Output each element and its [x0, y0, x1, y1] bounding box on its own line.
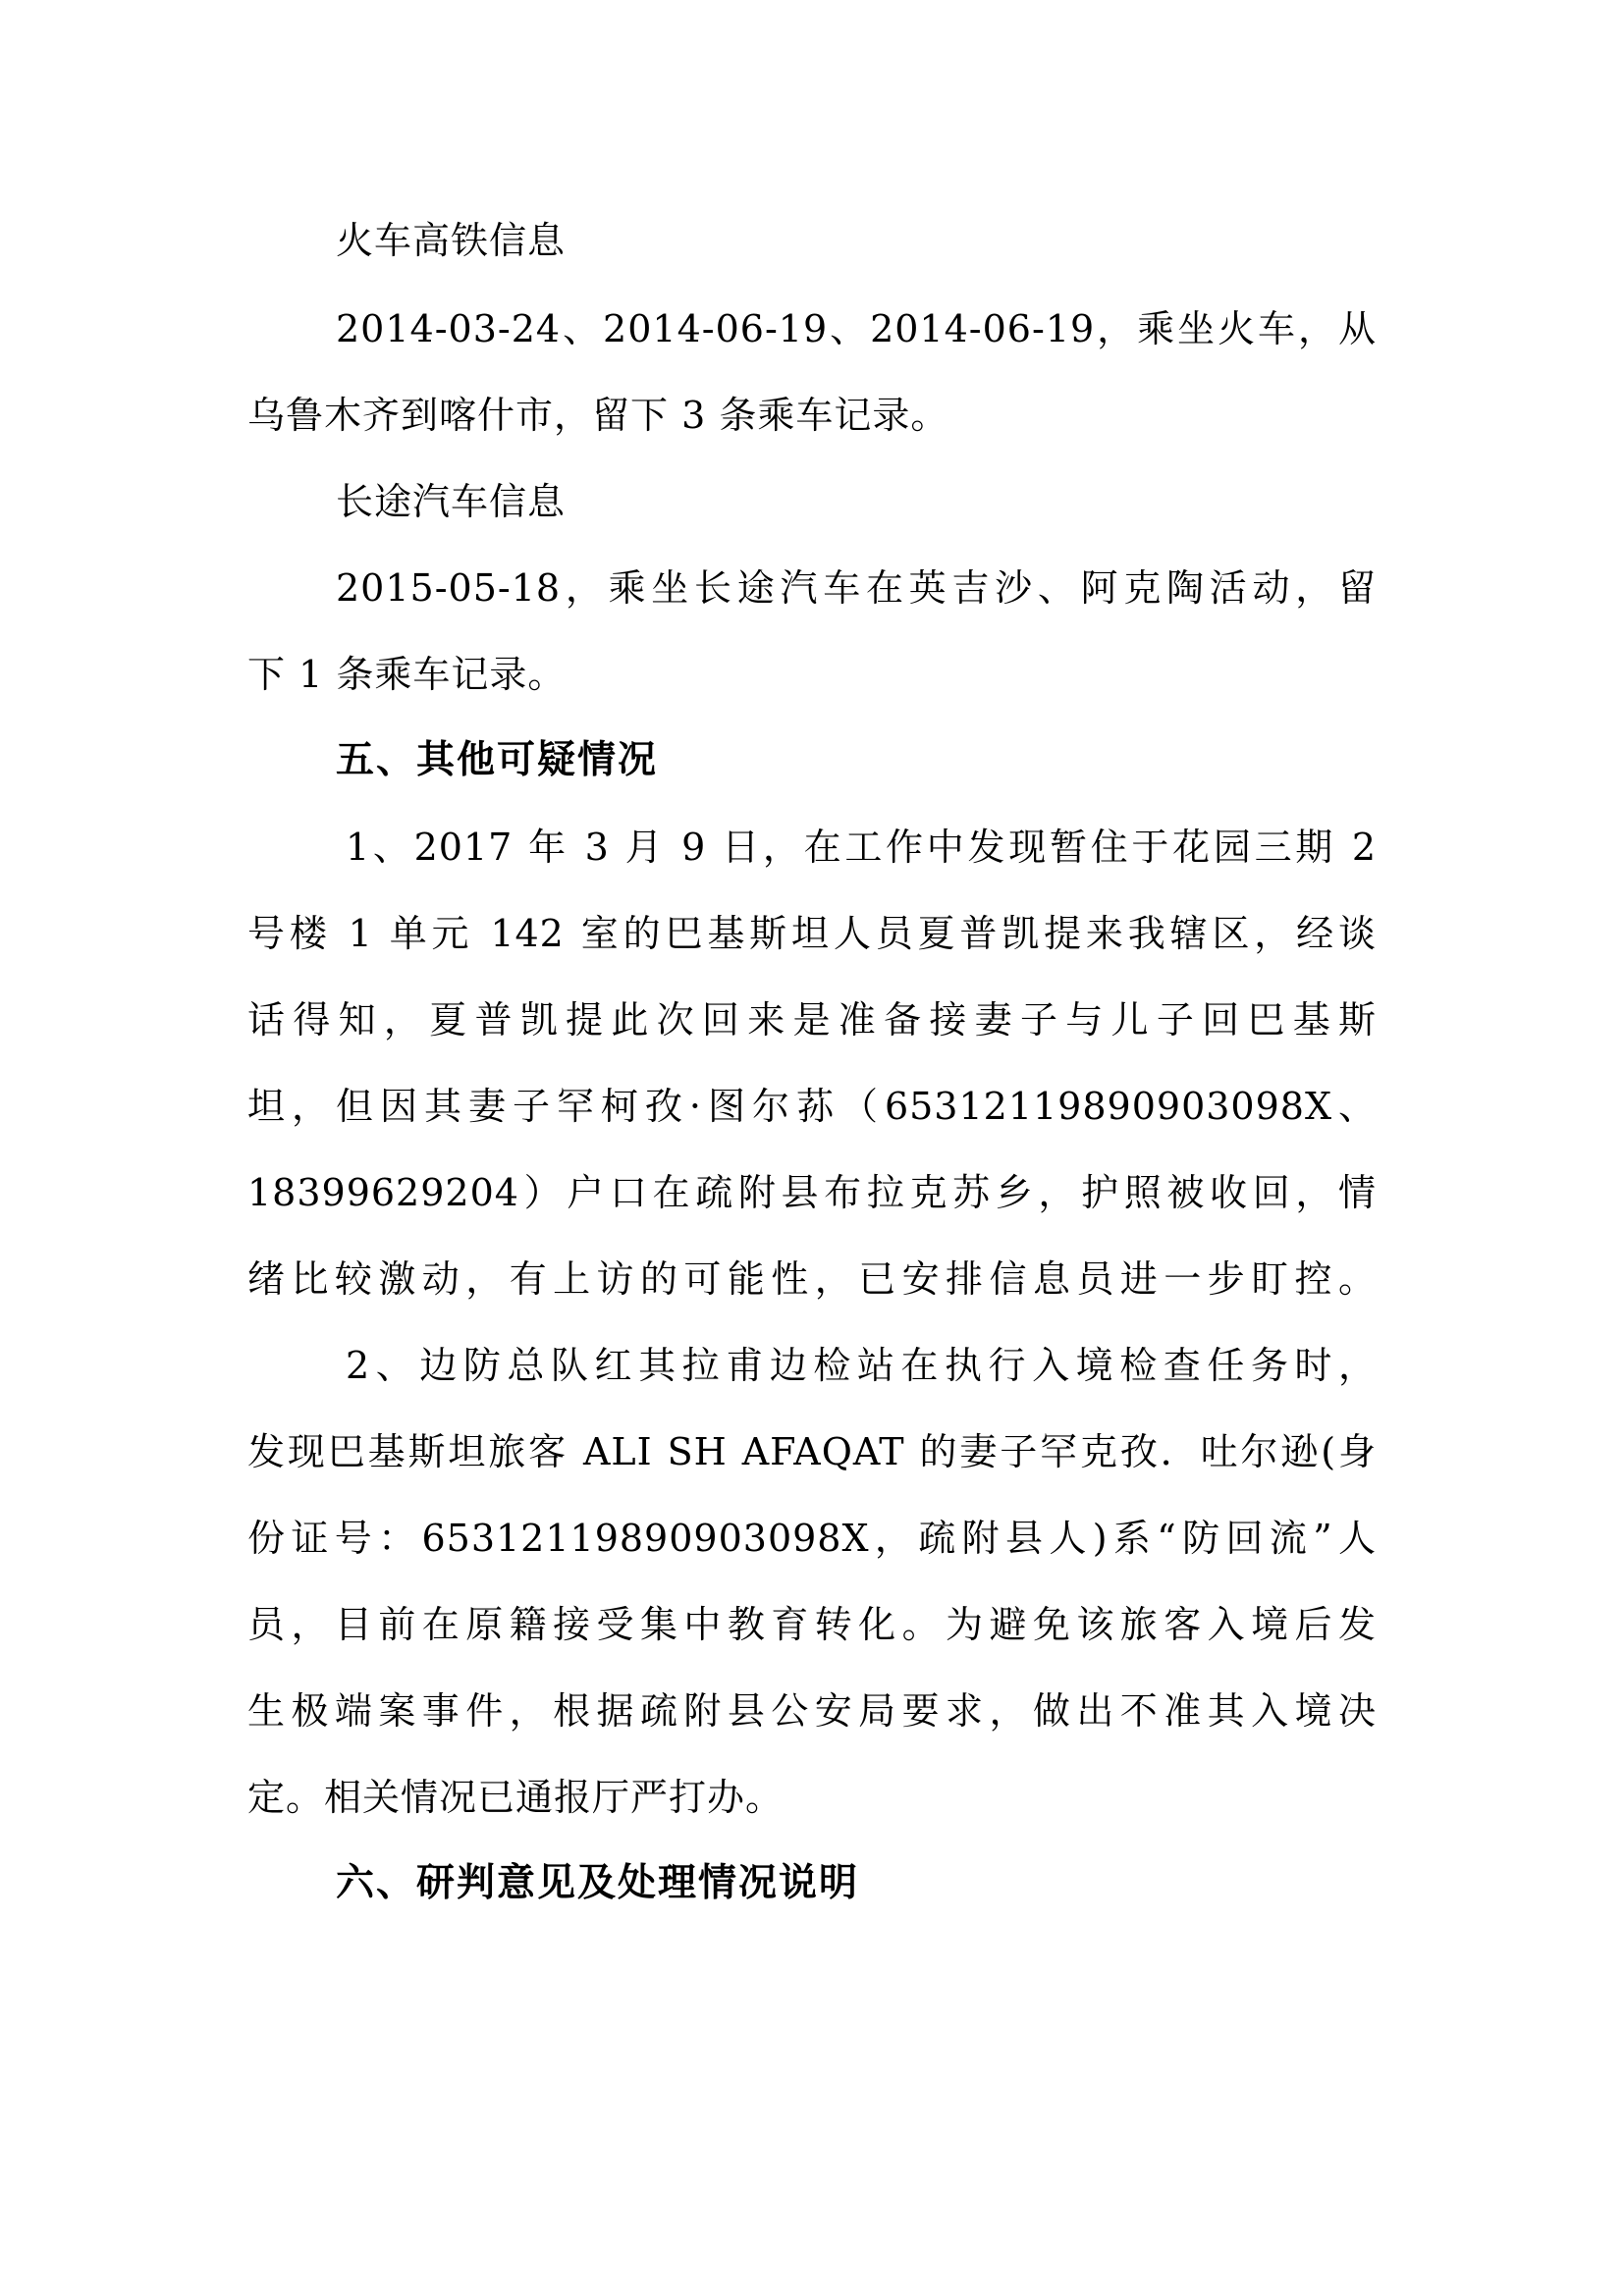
- item-two-line: 份证号：65312119890903098X，疏附县人)系“防回流”人: [247, 1516, 1377, 1561]
- item-one-line: 1、2017 年 3 月 9 日，在工作中发现暂住于花园三期 2: [346, 825, 1377, 870]
- item-one-line: 号楼 1 单元 142 室的巴基斯坦人员夏普凯提来我辖区，经谈: [247, 911, 1377, 956]
- item-two-line: 2、边防总队红其拉甫边检站在执行入境检查任务时，: [346, 1343, 1377, 1388]
- item-two-line: 发现巴基斯坦旅客 ALI SH AFAQAT 的妻子罕克孜．吐尔逊(身: [247, 1429, 1377, 1474]
- train-info-subheading: 火车高铁信息: [336, 218, 566, 263]
- bus-info-subheading: 长途汽车信息: [336, 479, 566, 524]
- item-two-line: 员，目前在原籍接受集中教育转化。为避免该旅客入境后发: [247, 1602, 1377, 1647]
- train-info-line: 2014-03-24、2014-06-19、2014-06-19，乘坐火车，从: [336, 306, 1377, 351]
- bus-info-line: 2015-05-18，乘坐长途汽车在英吉沙、阿克陶活动，留: [336, 565, 1377, 611]
- train-info-line: 乌鲁木齐到喀什市，留下 3 条乘车记录。: [247, 393, 948, 438]
- item-one-line: 坦，但因其妻子罕柯孜·图尔荪（65312119890903098X、: [247, 1084, 1377, 1129]
- section-six-heading: 六、研判意见及处理情况说明: [336, 1861, 859, 1906]
- item-one-line: 绪比较激动，有上访的可能性，已安排信息员进一步盯控。: [247, 1256, 1377, 1302]
- item-two-line: 生极端案事件，根据疏附县公安局要求，做出不准其入境决: [247, 1688, 1377, 1734]
- item-one-line: 18399629204）户口在疏附县布拉克苏乡，护照被收回，情: [247, 1170, 1377, 1215]
- item-two-line: 定。相关情况已通报厅严打办。: [247, 1775, 784, 1820]
- bus-info-line: 下 1 条乘车记录。: [247, 652, 566, 697]
- item-one-line: 话得知，夏普凯提此次回来是准备接妻子与儿子回巴基斯: [247, 997, 1377, 1042]
- section-five-heading: 五、其他可疑情况: [336, 738, 658, 783]
- document-page: 火车高铁信息 2014-03-24、2014-06-19、2014-06-19，…: [0, 0, 1624, 2296]
